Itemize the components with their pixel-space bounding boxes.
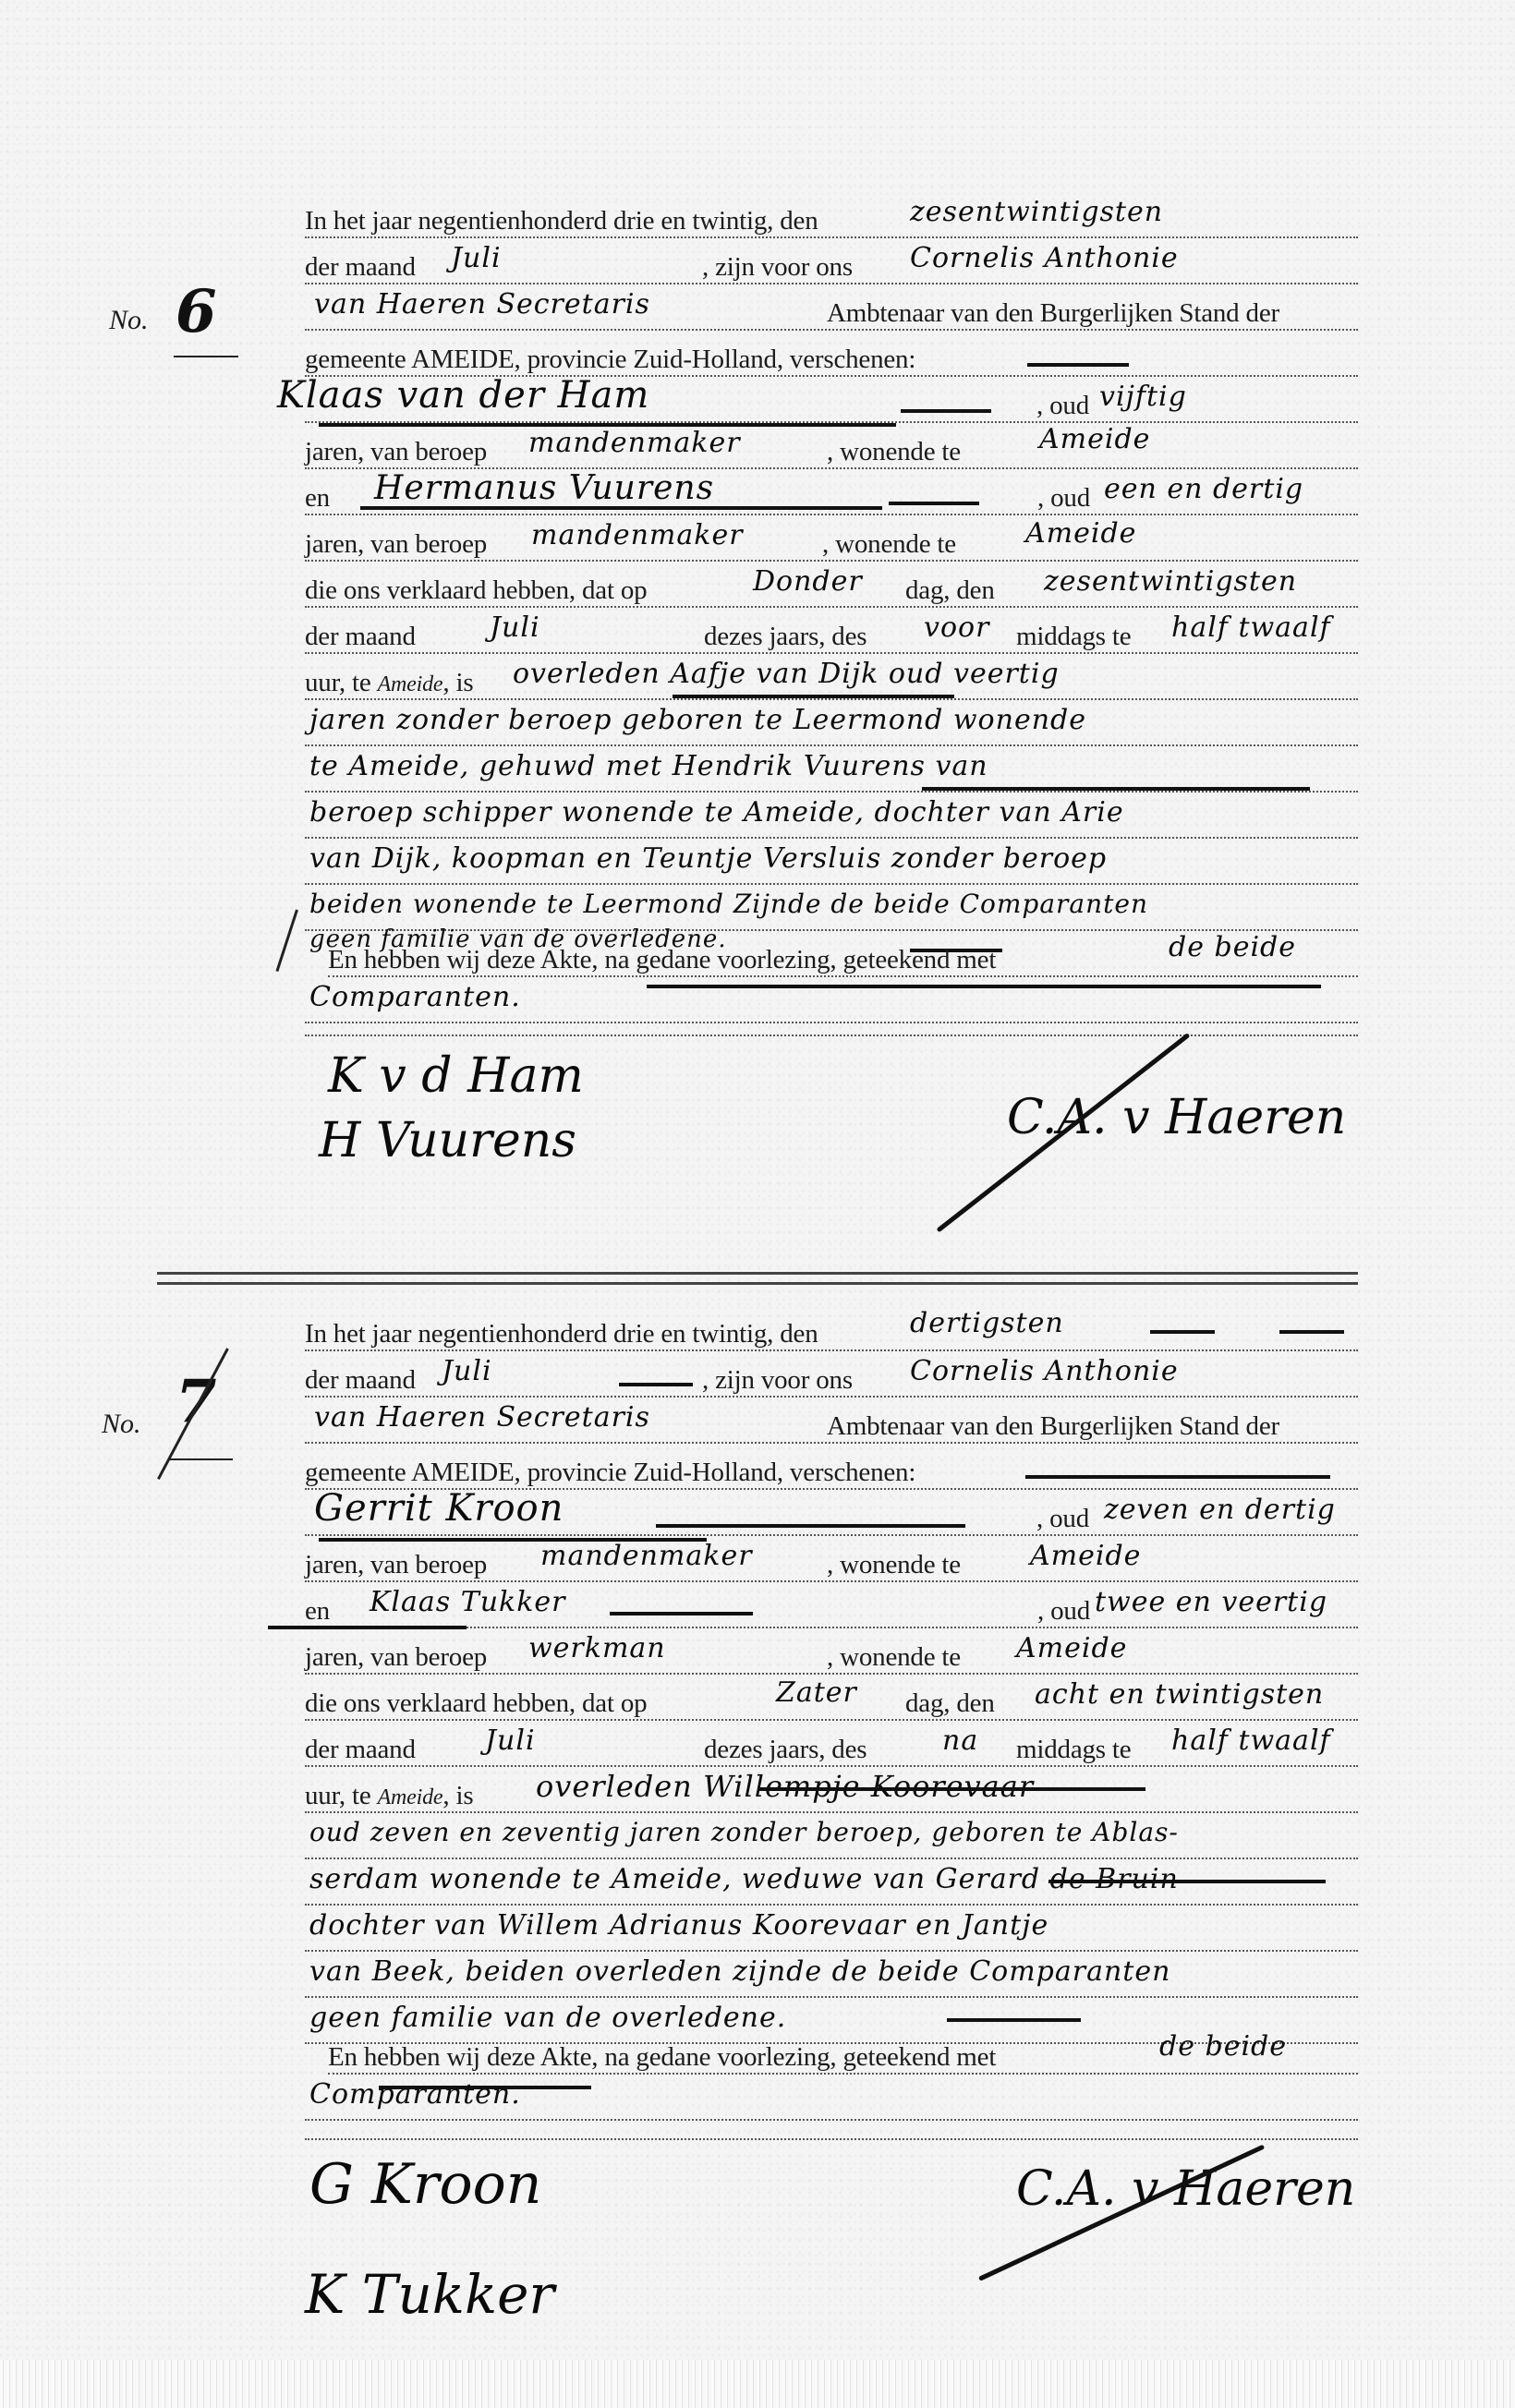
signature-witness2: H Vuurens [319, 1113, 576, 1168]
line-witness2-occupation: jaren, van beroep , wonende te [305, 1641, 1358, 1675]
handwritten-day: zesentwintigsten [910, 196, 1163, 228]
handwritten-death-month: Juli [485, 1724, 536, 1757]
handwritten-signed-with: Comparanten. [309, 981, 521, 1013]
fill-dash [889, 502, 979, 505]
printed-text: Ambtenaar van den Burgerlijken Stand der [827, 297, 1279, 329]
signature-witness1: G Kroon [309, 2152, 541, 2217]
signature-witness1: K v d Ham [328, 1048, 584, 1104]
line-date: In het jaar negentienhonderd drie en twi… [305, 205, 1358, 238]
fill-dash [656, 1524, 965, 1528]
handwritten-official-surname: van Haeren Secretaris [314, 1401, 650, 1434]
printed-text: , oud [1037, 482, 1090, 514]
handwritten-death-month: Juli [490, 611, 540, 644]
scan-edge [0, 2360, 1515, 2408]
name-underline [360, 506, 882, 510]
handwritten-weekday: Zater [776, 1676, 857, 1709]
printed-text: dag, den [905, 1688, 995, 1719]
printed-text: Ameide [378, 1785, 443, 1809]
fill-dash [619, 1383, 693, 1386]
handwritten-signed-with: Comparanten. [309, 2078, 521, 2111]
printed-text: dag, den [905, 575, 995, 606]
handwritten-official-surname: van Haeren Secretaris [314, 288, 650, 321]
handwritten-witness1-name: Gerrit Kroon [314, 1487, 564, 1530]
handwritten-official-name: Cornelis Anthonie [910, 242, 1179, 274]
signature-witness2: K Tukker [305, 2263, 554, 2326]
printed-text: jaren, van beroep [305, 437, 487, 466]
handwritten-hour: half twaalf [1171, 611, 1331, 644]
margin-dash [174, 356, 238, 357]
printed-text: der maand [305, 1735, 416, 1764]
handwritten-voor-na: na [942, 1724, 978, 1757]
printed-text: , is [442, 1781, 473, 1810]
handwritten-witness2-residence: Ameide [1016, 1632, 1127, 1664]
printed-text: In het jaar negentienhonderd drie en twi… [305, 1319, 818, 1349]
closing-line [305, 2120, 1358, 2140]
handwritten-day: dertigsten [910, 1307, 1064, 1339]
printed-text: , oud [1037, 1595, 1090, 1627]
printed-text: der maand [305, 622, 416, 651]
printed-text: , wonende te [827, 1641, 961, 1673]
printed-text: middags te [1016, 1734, 1131, 1765]
line-municipality: gemeente AMEIDE, provincie Zuid-Holland,… [305, 1457, 1358, 1490]
fill-dash [901, 409, 991, 413]
margin-stroke [275, 910, 297, 973]
handwritten-hour: half twaalf [1171, 1724, 1331, 1757]
printed-text: , wonende te [827, 436, 961, 467]
printed-text: En hebben wij deze Akte, na gedane voorl… [328, 2042, 996, 2072]
handwritten-body-line: geen familie van de overledene. [309, 2002, 786, 2034]
handwritten-witness2-name: Klaas Tukker [370, 1586, 566, 1618]
printed-text: die ons verklaard hebben, dat op [305, 1688, 647, 1718]
printed-text: dezes jaars, des [704, 1734, 867, 1765]
line-witness2-occupation: jaren, van beroep , wonende te [305, 528, 1358, 562]
handwritten-body-line: van Dijk, koopman en Teuntje Versluis zo… [309, 842, 1107, 875]
printed-text: Ambtenaar van den Burgerlijken Stand der [827, 1410, 1279, 1442]
name-underline [268, 1626, 467, 1629]
line-witness1-occupation: jaren, van beroep , wonende te [305, 436, 1358, 469]
record-separator [157, 1282, 1358, 1285]
handwritten-month: Juli [451, 242, 502, 274]
printed-text: gemeente AMEIDE, provincie Zuid-Holland,… [305, 345, 915, 374]
handwritten-body-line: dochter van Willem Adrianus Koorevaar en… [309, 1909, 1048, 1942]
handwritten-witness1-age: zeven en dertig [1104, 1494, 1336, 1526]
handwritten-body-line: beroep schipper wonende te Ameide, docht… [309, 796, 1124, 829]
document-page: No. 6 In het jaar negentienhonderd drie … [0, 0, 1515, 2408]
closing-line [305, 1016, 1358, 1036]
name-underline [1048, 1880, 1326, 1883]
handwritten-witness2-occupation: werkman [528, 1632, 666, 1664]
printed-text: jaren, van beroep [305, 1550, 487, 1579]
printed-text: Ameide [378, 672, 443, 696]
printed-text: dezes jaars, des [704, 621, 867, 652]
handwritten-body-line: overleden Aafje van Dijk oud veertig [513, 658, 1060, 690]
handwritten-witness1-residence: Ameide [1039, 423, 1150, 455]
printed-text: , is [442, 668, 473, 697]
line-municipality: gemeente AMEIDE, provincie Zuid-Holland,… [305, 344, 1358, 377]
record-number-label: No. [102, 1409, 141, 1440]
margin-dash [168, 1458, 233, 1460]
printed-text: der maand [305, 252, 416, 282]
printed-text: en [305, 483, 330, 513]
fill-dash [947, 2018, 1081, 2022]
record-separator [157, 1272, 1358, 1275]
signature-official: C.A. v Haeren [1016, 2161, 1355, 2217]
printed-text: , zijn voor ons [702, 251, 853, 283]
record-number-label: No. [109, 305, 149, 336]
handwritten-witness1-age: vijftig [1099, 381, 1187, 413]
fill-dash [1025, 1475, 1330, 1479]
handwritten-witness2-age: een en dertig [1104, 473, 1303, 505]
printed-text: , oud [1036, 1503, 1089, 1534]
handwritten-month: Juli [442, 1355, 492, 1387]
printed-text: , wonende te [827, 1549, 961, 1580]
printed-text: , oud [1036, 390, 1089, 421]
name-underline [673, 695, 954, 698]
handwritten-witness1-occupation: mandenmaker [540, 1540, 753, 1572]
line-witness1-occupation: jaren, van beroep , wonende te [305, 1549, 1358, 1582]
handwritten-signed-with: de beide [1159, 2030, 1287, 2063]
handwritten-death-date: acht en twintigsten [1035, 1678, 1324, 1711]
printed-text: uur, te [305, 668, 371, 697]
handwritten-witness1-occupation: mandenmaker [528, 427, 741, 459]
printed-text: der maand [305, 1365, 416, 1395]
handwritten-witness1-residence: Ameide [1030, 1540, 1141, 1572]
handwritten-signed-with: de beide [1169, 931, 1296, 963]
handwritten-witness1-name: Klaas van der Ham [277, 374, 649, 417]
fill-dash [1279, 1330, 1344, 1334]
handwritten-voor-na: voor [924, 611, 989, 644]
printed-text: en [305, 1596, 330, 1626]
fill-dash [647, 985, 1321, 988]
handwritten-body-line: jaren zonder beroep geboren te Leermond … [309, 704, 1086, 736]
handwritten-body-line: van Beek, beiden overleden zijnde de bei… [309, 1955, 1170, 1988]
handwritten-witness2-occupation: mandenmaker [531, 519, 744, 551]
fill-dash [1027, 363, 1129, 367]
handwritten-witness2-age: twee en veertig [1095, 1586, 1327, 1618]
handwritten-official-name: Cornelis Anthonie [910, 1355, 1179, 1387]
handwritten-body-line: overleden Willempje Koorevaar [536, 1769, 1034, 1804]
printed-text: jaren, van beroep [305, 1642, 487, 1672]
handwritten-body-line: te Ameide, gehuwd met Hendrik Vuurens va… [309, 750, 988, 782]
fill-dash [379, 2086, 591, 2089]
printed-text: die ons verklaard hebben, dat op [305, 575, 647, 605]
name-underline [757, 1787, 1145, 1791]
printed-text: uur, te [305, 1781, 371, 1810]
handwritten-witness2-residence: Ameide [1025, 517, 1136, 550]
record-number: 6 [176, 277, 217, 346]
printed-text: jaren, van beroep [305, 529, 487, 559]
printed-text: In het jaar negentienhonderd drie en twi… [305, 206, 818, 236]
line-date: In het jaar negentienhonderd drie en twi… [305, 1318, 1358, 1351]
fill-dash [1150, 1330, 1215, 1334]
printed-text: , wonende te [822, 528, 956, 560]
name-underline [922, 787, 1310, 791]
handwritten-body-line: oud zeven en zeventig jaren zonder beroe… [309, 1817, 1179, 1847]
printed-text: gemeente AMEIDE, provincie Zuid-Holland,… [305, 1458, 915, 1487]
handwritten-body-line: beiden wonende te Leermond Zijnde de bei… [309, 889, 1148, 919]
printed-text: , zijn voor ons [702, 1364, 853, 1396]
printed-text: middags te [1016, 621, 1131, 652]
printed-text: En hebben wij deze Akte, na gedane voorl… [328, 945, 996, 974]
handwritten-death-date: zesentwintigsten [1044, 565, 1297, 598]
handwritten-witness2-name: Hermanus Vuurens [374, 469, 714, 507]
handwritten-weekday: Donder [753, 565, 863, 598]
fill-dash [610, 1612, 753, 1615]
